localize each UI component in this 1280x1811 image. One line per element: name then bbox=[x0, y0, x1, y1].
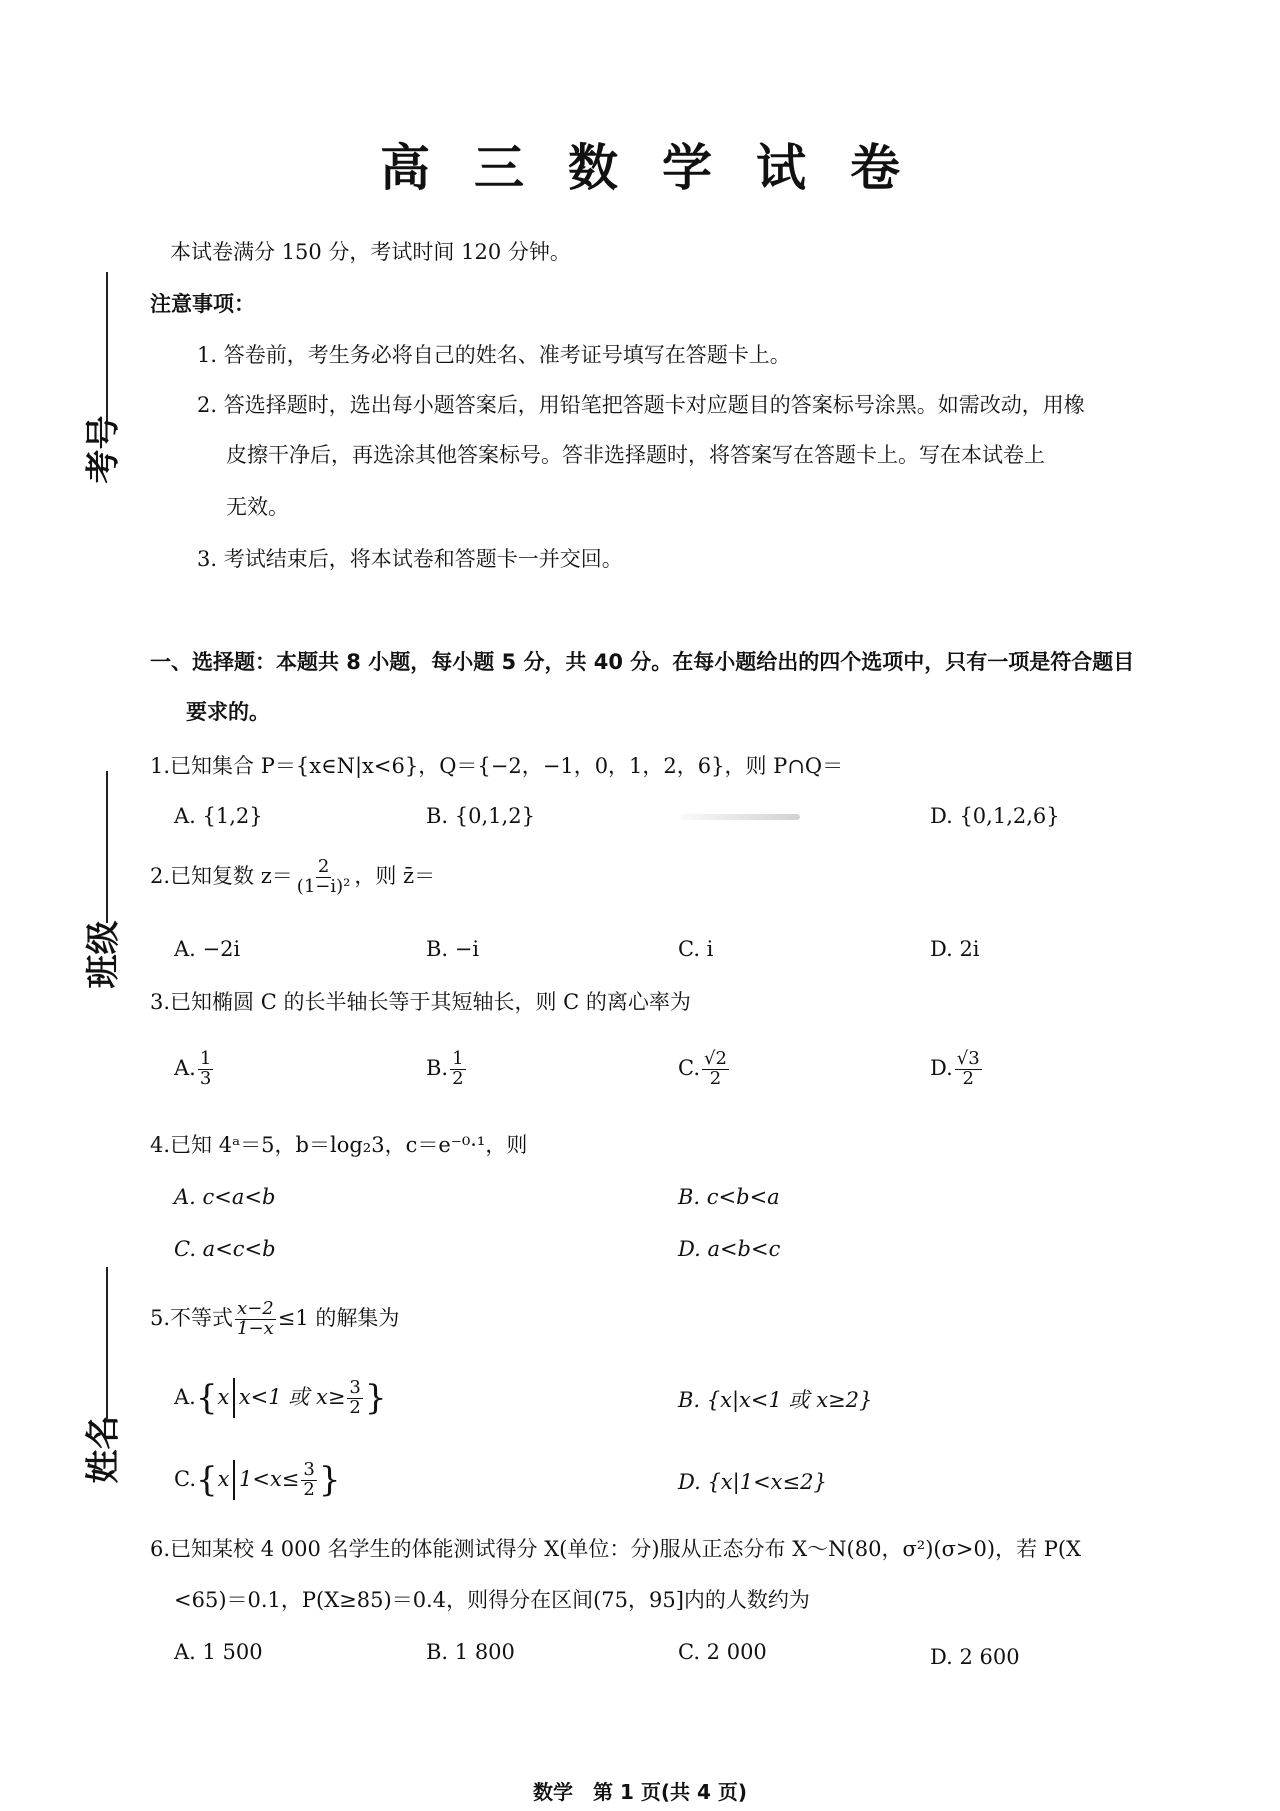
q6-option-d[interactable]: D. 2 600 bbox=[930, 1645, 1020, 1670]
q3-option-c[interactable]: C.√22 bbox=[678, 1050, 731, 1089]
section-heading: 一、选择题：本题共 8 小题，每小题 5 分，共 40 分。在每小题给出的四个选… bbox=[150, 650, 1134, 675]
question-number: 4. bbox=[150, 1133, 170, 1157]
question-5: 5.不等式x−21−x≤1 的解集为 bbox=[150, 1300, 399, 1339]
notice-item-2-end: 无效。 bbox=[226, 495, 289, 520]
notice-item-2: 2. 答选择题时，选出每小题答案后，用铅笔把答题卡对应题目的答案标号涂黑。如需改… bbox=[197, 393, 1085, 418]
question-number: 1. bbox=[150, 754, 170, 778]
question-number: 2. bbox=[150, 864, 170, 888]
q5-option-c[interactable]: C.{x1<x≤32} bbox=[174, 1460, 340, 1501]
question-stem: 已知椭圆 C 的长半轴长等于其短轴长，则 C 的离心率为 bbox=[170, 990, 691, 1014]
q1-option-b[interactable]: B. {0,1,2} bbox=[426, 804, 535, 829]
question-number: 3. bbox=[150, 990, 170, 1014]
page-footer: 数学 第 1 页(共 4 页) bbox=[0, 1776, 1280, 1805]
fraction: 32 bbox=[347, 1379, 362, 1418]
q2-option-d[interactable]: D. 2i bbox=[930, 937, 980, 962]
intro-text: 本试卷满分 150 分，考试时间 120 分钟。 bbox=[170, 240, 571, 265]
fraction: 13 bbox=[198, 1050, 213, 1089]
name-label: 姓名 bbox=[76, 1416, 125, 1484]
question-6: 6.已知某校 4 000 名学生的体能测试得分 X(单位：分)服从正态分布 X～… bbox=[150, 1537, 1081, 1562]
page-title: 高三数学试卷 bbox=[0, 128, 1280, 200]
fraction: 12 bbox=[450, 1050, 465, 1089]
question-stem: 已知复数 z＝ bbox=[170, 864, 293, 888]
q6-option-a[interactable]: A. 1 500 bbox=[174, 1640, 263, 1665]
q4-option-c[interactable]: C. a<c<b bbox=[174, 1237, 276, 1262]
q6-option-c[interactable]: C. 2 000 bbox=[678, 1640, 767, 1665]
q2-option-a[interactable]: A. −2i bbox=[174, 937, 240, 962]
exam-number-label: 考号 bbox=[76, 416, 125, 484]
q5-option-b[interactable]: B. {x|x<1 或 x≥2} bbox=[678, 1388, 872, 1413]
q3-option-b[interactable]: B.12 bbox=[426, 1050, 468, 1089]
question-stem: 已知某校 4 000 名学生的体能测试得分 X(单位：分)服从正态分布 X～N(… bbox=[170, 1537, 1081, 1561]
question-stem: 已知集合 P＝{x∈N|x<6}，Q＝{−2，−1，0，1，2，6}，则 P∩Q… bbox=[170, 754, 843, 778]
q1-option-c-erased bbox=[680, 814, 800, 820]
question-stem: 已知 4ᵃ＝5，b＝log₂3，c＝e⁻⁰·¹，则 bbox=[170, 1133, 527, 1157]
question-1: 1.已知集合 P＝{x∈N|x<6}，Q＝{−2，−1，0，1，2，6}，则 P… bbox=[150, 754, 843, 779]
q3-option-a[interactable]: A.13 bbox=[174, 1050, 215, 1089]
section-heading-cont: 要求的。 bbox=[186, 700, 270, 725]
q4-option-b[interactable]: B. c<b<a bbox=[678, 1185, 780, 1210]
question-4: 4.已知 4ᵃ＝5，b＝log₂3，c＝e⁻⁰·¹，则 bbox=[150, 1133, 527, 1158]
question-3: 3.已知椭圆 C 的长半轴长等于其短轴长，则 C 的离心率为 bbox=[150, 990, 691, 1015]
notice-item-3: 3. 考试结束后，将本试卷和答题卡一并交回。 bbox=[197, 547, 623, 572]
fraction: √32 bbox=[955, 1050, 982, 1089]
q5-option-a[interactable]: A.{xx<1 或 x≥32} bbox=[174, 1378, 387, 1419]
name-line bbox=[106, 1267, 108, 1419]
class-label: 班级 bbox=[76, 921, 125, 989]
q2-option-c[interactable]: C. i bbox=[678, 937, 713, 962]
question-number: 5. bbox=[150, 1306, 170, 1330]
q5-option-d[interactable]: D. {x|1<x≤2} bbox=[678, 1470, 827, 1495]
class-line bbox=[106, 771, 108, 923]
notice-heading: 注意事项： bbox=[150, 292, 255, 317]
fraction: 32 bbox=[301, 1461, 316, 1500]
q1-option-a[interactable]: A. {1,2} bbox=[174, 804, 263, 829]
question-2: 2.已知复数 z＝2(1−i)²，则 z̄＝ bbox=[150, 858, 435, 897]
question-number: 6. bbox=[150, 1537, 170, 1561]
q2-option-b[interactable]: B. −i bbox=[426, 937, 479, 962]
fraction: √22 bbox=[702, 1050, 729, 1089]
q4-option-a[interactable]: A. c<a<b bbox=[174, 1185, 275, 1210]
notice-item-2-cont: 皮擦干净后，再选涂其他答案标号。答非选择题时，将答案写在答题卡上。写在本试卷上 bbox=[226, 443, 1045, 468]
fraction: 2(1−i)² bbox=[295, 858, 353, 897]
question-6-cont: <65)＝0.1，P(X≥85)＝0.4，则得分在区间(75，95]内的人数约为 bbox=[174, 1588, 810, 1613]
fraction: x−21−x bbox=[235, 1300, 276, 1339]
q1-option-d[interactable]: D. {0,1,2,6} bbox=[930, 804, 1060, 829]
exam-number-line bbox=[106, 272, 108, 422]
q4-option-d[interactable]: D. a<b<c bbox=[678, 1237, 780, 1262]
q6-option-b[interactable]: B. 1 800 bbox=[426, 1640, 515, 1665]
notice-item-1: 1. 答卷前，考生务必将自己的姓名、准考证号填写在答题卡上。 bbox=[197, 343, 791, 368]
question-stem: 不等式 bbox=[170, 1306, 233, 1330]
q3-option-d[interactable]: D.√32 bbox=[930, 1050, 984, 1089]
